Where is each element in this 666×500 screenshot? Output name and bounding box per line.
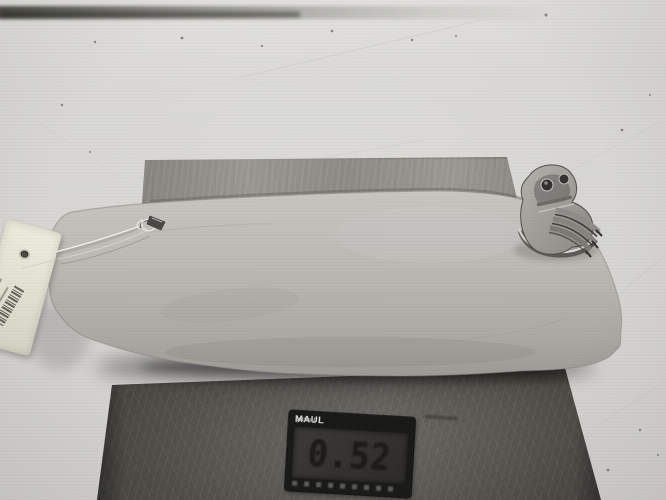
tag-wire-layer xyxy=(0,0,666,500)
wire-clip xyxy=(147,216,165,230)
product-photo: MAULglobal 0.52 xyxy=(0,0,666,500)
tag-wire xyxy=(22,216,165,268)
